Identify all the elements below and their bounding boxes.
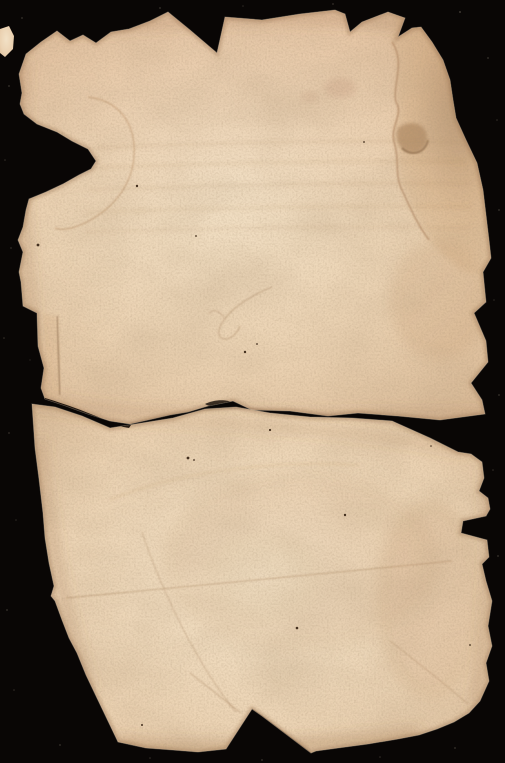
fox-spot (37, 244, 40, 247)
fox-spot (256, 343, 258, 345)
photo-torn-paper: Torn fragment of aged blank paper photog… (0, 0, 505, 763)
dust-speck (21, 17, 23, 19)
dust-speck (13, 689, 15, 691)
dust-speck (10, 247, 12, 249)
dust-speck (59, 744, 61, 746)
fox-spot (187, 457, 190, 460)
dust-speck (379, 756, 381, 758)
dust-speck (493, 299, 495, 301)
fox-spot (363, 141, 365, 143)
dust-speck (242, 5, 244, 7)
dust-speck (3, 337, 5, 339)
dust-speck (159, 7, 161, 9)
fox-spot (141, 724, 143, 726)
fox-spot (296, 627, 299, 630)
dust-speck (497, 555, 499, 557)
fox-spot (469, 644, 471, 646)
fox-spot (195, 235, 197, 237)
fox-spot (269, 429, 271, 431)
dust-speck (8, 432, 10, 434)
dust-speck (261, 759, 263, 761)
fox-spot (193, 459, 195, 461)
dust-speck (6, 609, 8, 611)
dust-speck (8, 85, 10, 87)
fox-spot (244, 351, 246, 353)
dust-speck (454, 747, 456, 749)
paper-grain-texture (0, 0, 505, 435)
dust-speck (487, 57, 489, 59)
fox-spot (136, 185, 138, 187)
dust-speck (15, 519, 17, 521)
fox-spot (344, 514, 346, 516)
upper-paper-fragment (0, 0, 505, 435)
dust-speck (496, 119, 498, 121)
dust-speck (498, 209, 500, 211)
dust-speck (332, 3, 334, 5)
dust-speck (29, 359, 30, 360)
dust-speck (492, 469, 494, 471)
dust-speck (149, 757, 151, 759)
fox-spot (430, 445, 432, 447)
dust-speck (498, 394, 500, 396)
dust-speck (4, 159, 6, 161)
dust-speck (459, 11, 461, 13)
